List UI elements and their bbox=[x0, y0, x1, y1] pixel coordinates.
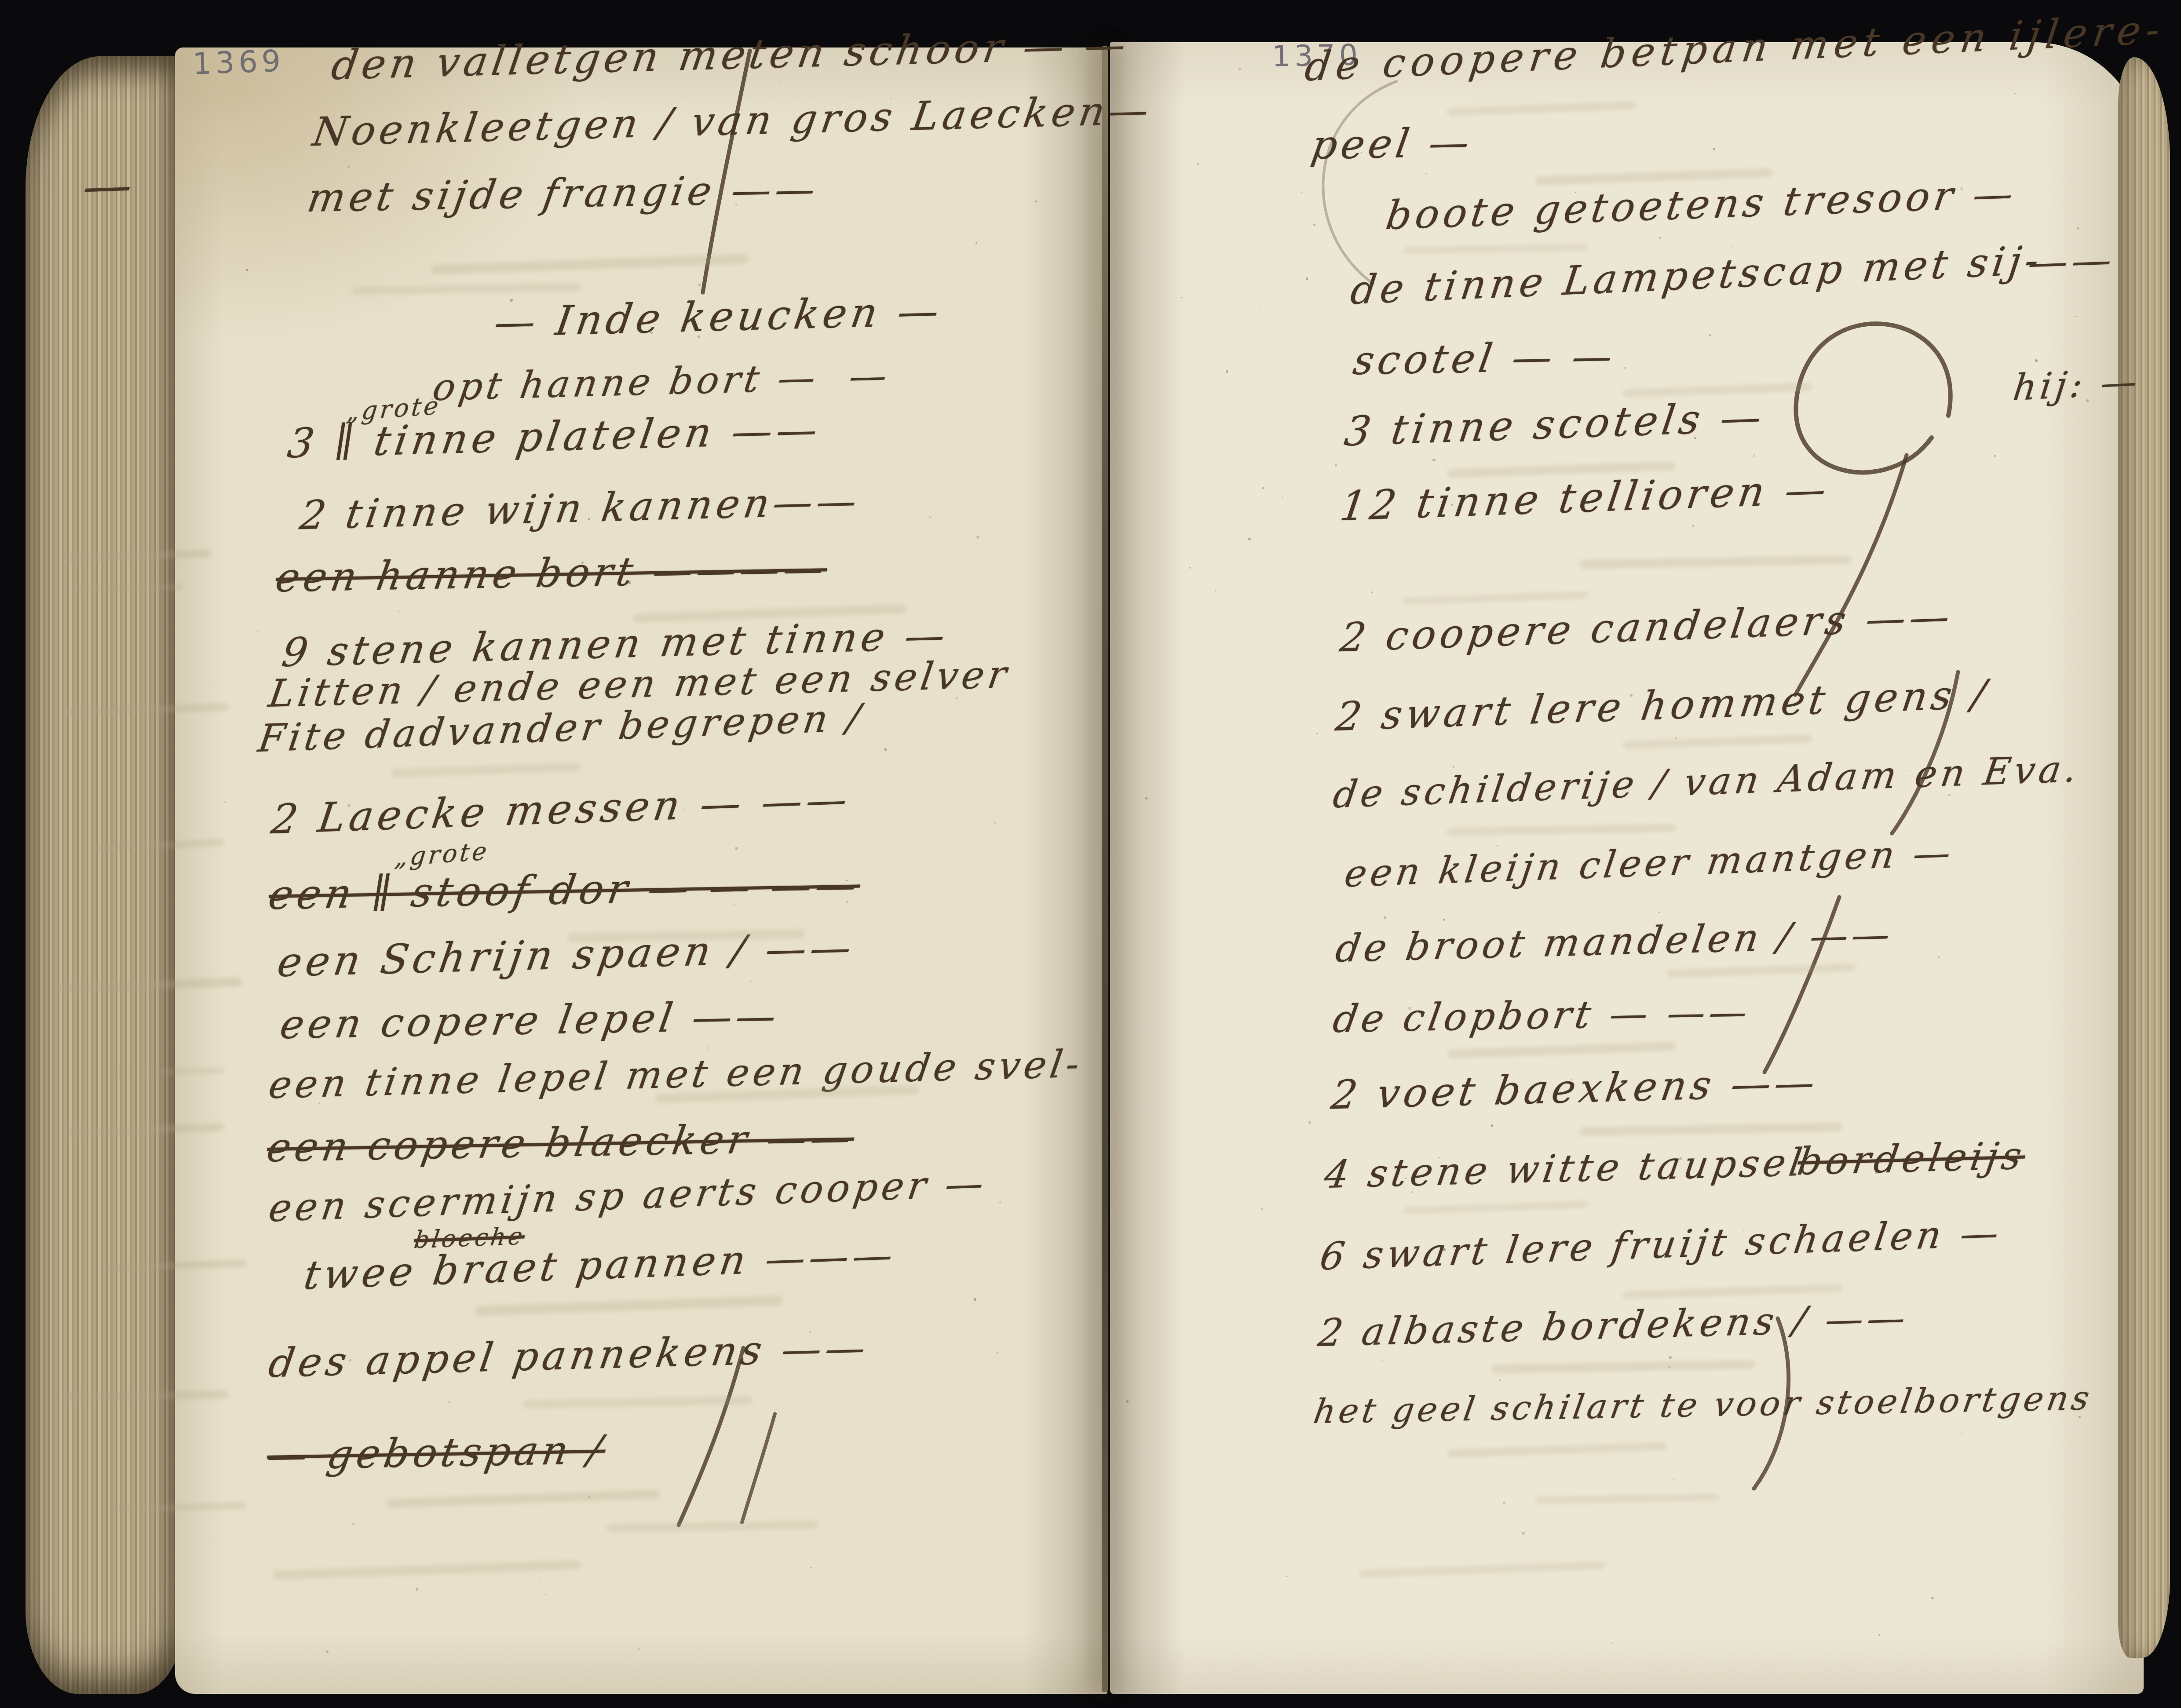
paper-speckle bbox=[999, 1201, 1001, 1203]
paper-speckle bbox=[588, 1496, 590, 1498]
paper-speckle bbox=[1702, 708, 1704, 710]
paper-speckle bbox=[1753, 454, 1756, 457]
paper-speckle bbox=[1931, 1597, 1934, 1599]
paper-speckle bbox=[1624, 367, 1626, 369]
paper-speckle bbox=[1960, 187, 1963, 190]
paper-speckle bbox=[599, 1215, 602, 1217]
manuscript-line-right: peel — bbox=[1308, 119, 1476, 168]
paper-speckle bbox=[1308, 1121, 1312, 1124]
paper-speckle bbox=[1451, 504, 1453, 506]
paper-speckle bbox=[1499, 1380, 1501, 1381]
paper-speckle bbox=[1262, 487, 1264, 489]
paper-speckle bbox=[1361, 152, 1362, 153]
paper-speckle bbox=[1443, 1248, 1446, 1251]
paper-speckle bbox=[1497, 845, 1498, 846]
manuscript-line-left: — bbox=[80, 156, 141, 215]
manuscript-line-left: — gebotspan / bbox=[264, 1427, 609, 1479]
paper-speckle bbox=[1570, 1079, 1572, 1080]
paper-speckle bbox=[1575, 192, 1576, 193]
manuscript-line-right: —— bbox=[2025, 237, 2119, 286]
paper-speckle bbox=[1035, 201, 1037, 202]
paper-speckle bbox=[810, 1567, 812, 1569]
paper-speckle bbox=[1301, 192, 1302, 193]
paper-speckle bbox=[846, 901, 848, 903]
paper-speckle bbox=[1522, 1532, 1525, 1535]
paper-speckle bbox=[735, 847, 738, 850]
paper-speckle bbox=[1694, 437, 1696, 439]
paper-speckle bbox=[1994, 455, 1996, 457]
paper-speckle bbox=[1938, 956, 1939, 958]
paper-speckle bbox=[588, 518, 590, 520]
paper-speckle bbox=[539, 1580, 540, 1581]
page-number-left: 1369 bbox=[192, 44, 285, 81]
paper-speckle bbox=[1306, 277, 1308, 280]
paper-speckle bbox=[416, 1588, 418, 1591]
right-page-edge bbox=[2118, 57, 2170, 1658]
paper-speckle bbox=[698, 336, 700, 338]
paper-speckle bbox=[779, 65, 782, 67]
paper-speckle bbox=[1749, 1285, 1750, 1285]
paper-speckle bbox=[1382, 1360, 1383, 1361]
paper-speckle bbox=[1679, 1157, 1682, 1160]
paper-speckle bbox=[997, 1352, 998, 1354]
paper-speckle bbox=[1675, 737, 1677, 739]
paper-speckle bbox=[2014, 93, 2016, 95]
manuscript-line-right: scotel — — bbox=[1350, 333, 1620, 384]
manuscript-line-right: de clopbort — —— bbox=[1330, 990, 1754, 1041]
paper-speckle bbox=[347, 166, 350, 168]
paper-speckle bbox=[510, 299, 512, 302]
manuscript-photo: 1369 1370 —den valletgen meten schoor — … bbox=[0, 0, 2181, 1708]
book-gutter bbox=[1102, 46, 1108, 1692]
paper-speckle bbox=[1313, 224, 1315, 226]
paper-speckle bbox=[994, 822, 996, 824]
paper-speckle bbox=[975, 242, 977, 244]
paper-speckle bbox=[1481, 639, 1483, 640]
paper-speckle bbox=[581, 562, 583, 563]
manuscript-line-left: een copere lepel —— bbox=[277, 993, 783, 1048]
paper-speckle bbox=[1438, 1157, 1439, 1158]
paper-speckle bbox=[1743, 1230, 1744, 1230]
paper-speckle bbox=[1408, 1007, 1411, 1010]
paper-speckle bbox=[1425, 173, 1427, 175]
paper-speckle bbox=[1181, 297, 1183, 298]
paper-speckle bbox=[1215, 590, 1217, 591]
paper-speckle bbox=[1406, 498, 1407, 499]
manuscript-line-right: hij: — bbox=[2011, 360, 2143, 409]
manuscript-line-right: bordeleijs bbox=[1794, 1134, 2028, 1184]
paper-speckle bbox=[1605, 1613, 1606, 1614]
paper-speckle bbox=[1669, 1356, 1672, 1359]
paper-speckle bbox=[976, 536, 979, 539]
paper-speckle bbox=[1126, 1400, 1129, 1402]
paper-speckle bbox=[1248, 538, 1251, 540]
paper-speckle bbox=[246, 269, 248, 271]
manuscript-line-left: met sijde frangie —— bbox=[304, 166, 822, 222]
paper-speckle bbox=[1875, 1172, 1877, 1174]
paper-speckle bbox=[347, 804, 351, 807]
paper-speckle bbox=[2079, 1416, 2081, 1418]
paper-speckle bbox=[449, 1401, 450, 1403]
paper-speckle bbox=[1238, 68, 1241, 70]
paper-speckle bbox=[1954, 1424, 1955, 1425]
paper-speckle bbox=[1669, 1366, 1670, 1368]
paper-speckle bbox=[698, 284, 701, 286]
paper-speckle bbox=[1503, 1502, 1505, 1504]
paper-speckle bbox=[778, 80, 780, 82]
paper-speckle bbox=[2075, 316, 2077, 318]
paper-speckle bbox=[1411, 1191, 1413, 1193]
paper-speckle bbox=[492, 1283, 493, 1285]
paper-speckle bbox=[257, 630, 259, 632]
paper-speckle bbox=[1432, 459, 1435, 461]
manuscript-line-left: een hanne bort ———— bbox=[273, 545, 831, 601]
paper-speckle bbox=[1286, 1576, 1287, 1577]
paper-speckle bbox=[1673, 1478, 1674, 1480]
paper-speckle bbox=[379, 1354, 382, 1357]
paper-speckle bbox=[1611, 1642, 1613, 1644]
paper-speckle bbox=[1443, 919, 1445, 921]
paper-speckle bbox=[1692, 525, 1694, 527]
paper-speckle bbox=[683, 809, 684, 810]
paper-speckle bbox=[1491, 1124, 1493, 1127]
paper-speckle bbox=[1909, 770, 1911, 771]
book-fore-edge bbox=[26, 56, 184, 1694]
paper-speckle bbox=[1961, 1433, 1962, 1434]
paper-speckle bbox=[1316, 733, 1318, 734]
paper-speckle bbox=[563, 903, 565, 905]
paper-speckle bbox=[735, 204, 737, 205]
paper-speckle bbox=[1261, 1208, 1263, 1210]
